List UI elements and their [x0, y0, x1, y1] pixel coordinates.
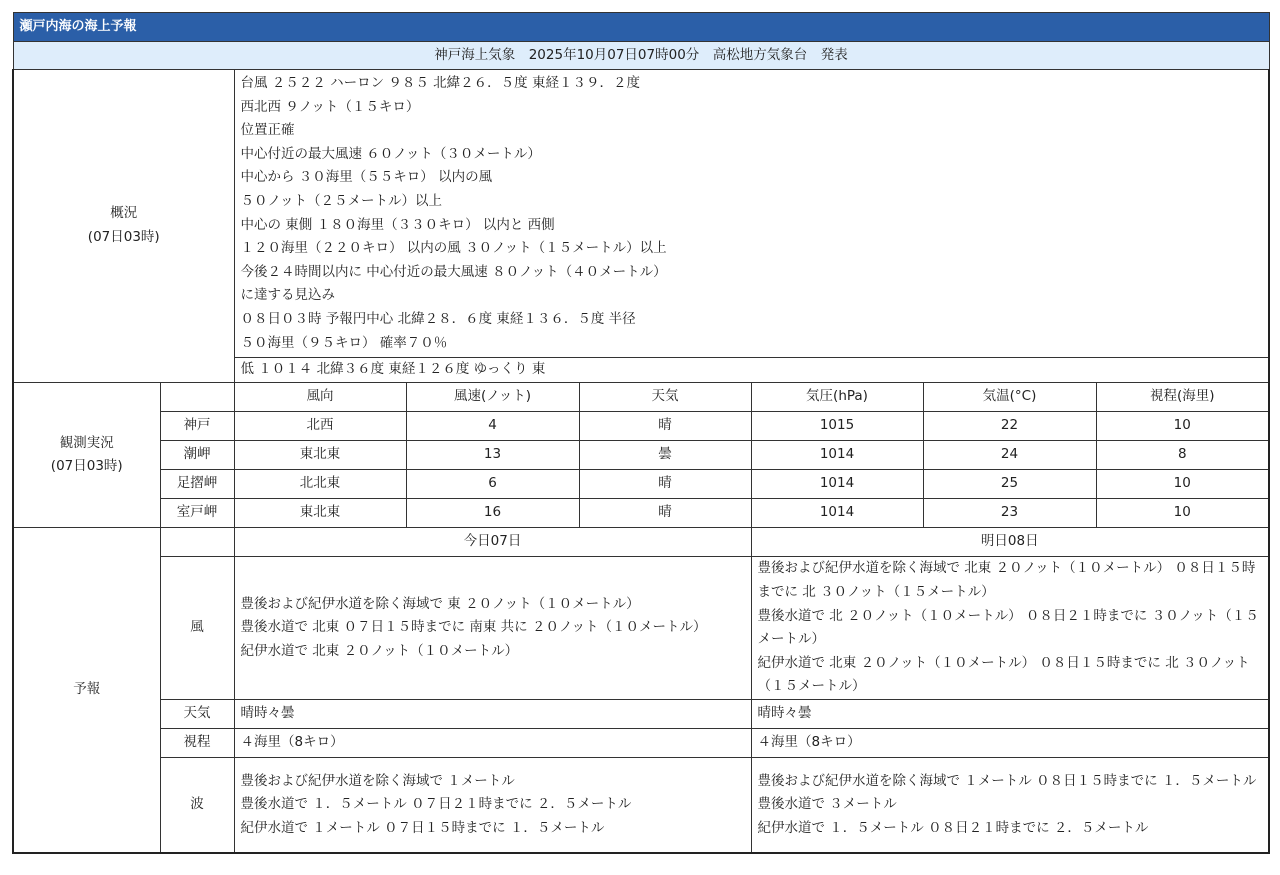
typhoon-line: １２０海里（２２０キロ） 以内の風 ３０ノット（１５メートル）以上	[241, 237, 1263, 261]
overview-label: 概況	[20, 202, 228, 226]
typhoon-line: 台風 ２５２２ ハーロン ９８５ 北緯２６．５度 東経１３９．２度	[241, 72, 1263, 96]
wind-direction: 東北東	[234, 499, 406, 528]
station-name: 神戸	[160, 412, 234, 441]
marine-forecast-panel: 瀬戸内海の海上予報 神戸海上気象 2025年10月07日07時00分 高松地方気…	[12, 12, 1268, 854]
wind-today-line: 豊後および紀伊水道を除く海域で 東 ２０ノット（１０メートル）	[241, 593, 745, 617]
weather: 晴	[579, 499, 751, 528]
wind-speed: 4	[406, 412, 579, 441]
temperature: 25	[923, 470, 1096, 499]
wind-tomorrow-line: 紀伊水道で 北東 ２０ノット（１０メートル） ０８日１５時までに 北 ３０ノット…	[758, 652, 1265, 699]
header-temperature: 気温(°C)	[923, 383, 1096, 412]
waves-tomorrow-line: 豊後水道で ３メートル	[758, 793, 1265, 817]
wind-direction: 北西	[234, 412, 406, 441]
waves-tomorrow: 豊後および紀伊水道を除く海域で １メートル ０８日１５時までに １．５メートル …	[751, 758, 1269, 854]
visibility-label: 視程	[160, 729, 234, 758]
visibility-today: ４海里（8キロ）	[234, 729, 751, 758]
wind-today-line: 豊後水道で 北東 ０７日１５時までに 南東 共に ２０ノット（１０メートル）	[241, 616, 745, 640]
waves-today-line: 豊後水道で １．５メートル ０７日２１時までに ２．５メートル	[241, 793, 745, 817]
overview-time: (07日03時)	[20, 226, 228, 250]
overview-label-cell: 概況 (07日03時)	[13, 70, 234, 383]
typhoon-line: 西北西 ９ノット（１５キロ）	[241, 96, 1263, 120]
visibility: 8	[1096, 441, 1269, 470]
low-pressure-info: 低 １０１４ 北緯３６度 東経１２６度 ゆっくり 東	[234, 358, 1269, 383]
pressure: 1014	[751, 441, 923, 470]
visibility-tomorrow: ４海里（8キロ）	[751, 729, 1269, 758]
typhoon-line: ０８日０３時 予報円中心 北緯２８．６度 東経１３６．５度 半径	[241, 308, 1263, 332]
typhoon-info: 台風 ２５２２ ハーロン ９８５ 北緯２６．５度 東経１３９．２度 西北西 ９ノ…	[234, 70, 1269, 358]
header-weather: 天気	[579, 383, 751, 412]
observation-time: (07日03時)	[20, 455, 154, 479]
wind-tomorrow: 豊後および紀伊水道を除く海域で 北東 ２０ノット（１０メートル） ０８日１５時ま…	[751, 557, 1269, 700]
table-row: 潮岬 東北東 13 曇 1014 24 8	[13, 441, 1269, 470]
forecast-label: 予報	[13, 528, 160, 854]
typhoon-line: 今後２４時間以内に 中心付近の最大風速 ８０ノット（４０メートル）	[241, 261, 1263, 285]
wind-today: 豊後および紀伊水道を除く海域で 東 ２０ノット（１０メートル） 豊後水道で 北東…	[234, 557, 751, 700]
pressure: 1014	[751, 470, 923, 499]
waves-today-line: 紀伊水道で １メートル ０７日１５時までに １．５メートル	[241, 817, 745, 841]
weather-today: 晴時々曇	[234, 700, 751, 729]
weather-tomorrow: 晴時々曇	[751, 700, 1269, 729]
visibility: 10	[1096, 412, 1269, 441]
typhoon-line: 中心から ３０海里（５５キロ） 以内の風	[241, 166, 1263, 190]
station-name: 潮岬	[160, 441, 234, 470]
weather: 晴	[579, 470, 751, 499]
table-row: 足摺岬 北北東 6 晴 1014 25 10	[13, 470, 1269, 499]
temperature: 22	[923, 412, 1096, 441]
waves-tomorrow-line: 紀伊水道で １．５メートル ０８日２１時までに ２．５メートル	[758, 817, 1265, 841]
typhoon-line: 中心付近の最大風速 ６０ノット（３０メートル）	[241, 143, 1263, 167]
wind-tomorrow-line: 豊後および紀伊水道を除く海域で 北東 ２０ノット（１０メートル） ０８日１５時ま…	[758, 557, 1265, 604]
wind-speed: 13	[406, 441, 579, 470]
typhoon-line: ５０海里（９５キロ） 確率７０％	[241, 332, 1263, 356]
wind-tomorrow-line: 豊後水道で 北 ２０ノット（１０メートル） ０８日２１時までに ３０ノット（１５…	[758, 605, 1265, 652]
typhoon-line: ５０ノット（２５メートル）以上	[241, 190, 1263, 214]
station-name: 足摺岬	[160, 470, 234, 499]
wind-speed: 16	[406, 499, 579, 528]
header-visibility: 視程(海里)	[1096, 383, 1269, 412]
wind-speed: 6	[406, 470, 579, 499]
forecast-today-header: 今日07日	[234, 528, 751, 557]
wind-today-line: 紀伊水道で 北東 ２０ノット（１０メートル）	[241, 640, 745, 664]
observation-label: 観測実況	[20, 432, 154, 456]
issued-info: 神戸海上気象 2025年10月07日07時00分 高松地方気象台 発表	[13, 42, 1269, 70]
typhoon-line: 中心の 東側 １８０海里（３３０キロ） 以内と 西側	[241, 214, 1263, 238]
waves-tomorrow-line: 豊後および紀伊水道を除く海域で １メートル ０８日１５時までに １．５メートル	[758, 770, 1265, 794]
header-pressure: 気圧(hPa)	[751, 383, 923, 412]
station-name: 室戸岬	[160, 499, 234, 528]
typhoon-line: 位置正確	[241, 119, 1263, 143]
weather: 曇	[579, 441, 751, 470]
waves-today-line: 豊後および紀伊水道を除く海域で １メートル	[241, 770, 745, 794]
visibility: 10	[1096, 499, 1269, 528]
forecast-header-empty	[160, 528, 234, 557]
table-row: 神戸 北西 4 晴 1015 22 10	[13, 412, 1269, 441]
forecast-tomorrow-header: 明日08日	[751, 528, 1269, 557]
pressure: 1015	[751, 412, 923, 441]
pressure: 1014	[751, 499, 923, 528]
temperature: 24	[923, 441, 1096, 470]
wind-label: 風	[160, 557, 234, 700]
page-title: 瀬戸内海の海上予報	[13, 13, 1269, 42]
header-wind-direction: 風向	[234, 383, 406, 412]
weather: 晴	[579, 412, 751, 441]
weather-label: 天気	[160, 700, 234, 729]
observation-label-cell: 観測実況 (07日03時)	[13, 383, 160, 528]
typhoon-line: に達する見込み	[241, 284, 1263, 308]
station-header-empty	[160, 383, 234, 412]
temperature: 23	[923, 499, 1096, 528]
visibility: 10	[1096, 470, 1269, 499]
wind-direction: 東北東	[234, 441, 406, 470]
waves-label: 波	[160, 758, 234, 854]
marine-forecast-table: 瀬戸内海の海上予報 神戸海上気象 2025年10月07日07時00分 高松地方気…	[12, 12, 1270, 854]
waves-today: 豊後および紀伊水道を除く海域で １メートル 豊後水道で １．５メートル ０７日２…	[234, 758, 751, 854]
wind-direction: 北北東	[234, 470, 406, 499]
table-row: 室戸岬 東北東 16 晴 1014 23 10	[13, 499, 1269, 528]
header-wind-speed: 風速(ノット)	[406, 383, 579, 412]
